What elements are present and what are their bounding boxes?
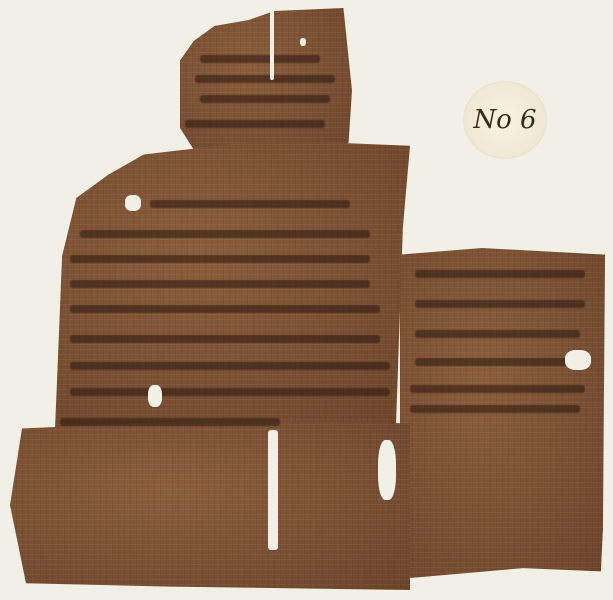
papyrus-right-fragment: [400, 248, 605, 578]
papyrus-upper-fragment: [180, 8, 352, 158]
catalogue-label-seal: No 6: [465, 83, 545, 157]
papyrus-bottom-fragment: [10, 420, 410, 590]
papyrus-photo: No 6: [0, 0, 613, 600]
catalogue-number: No 6: [465, 83, 545, 157]
